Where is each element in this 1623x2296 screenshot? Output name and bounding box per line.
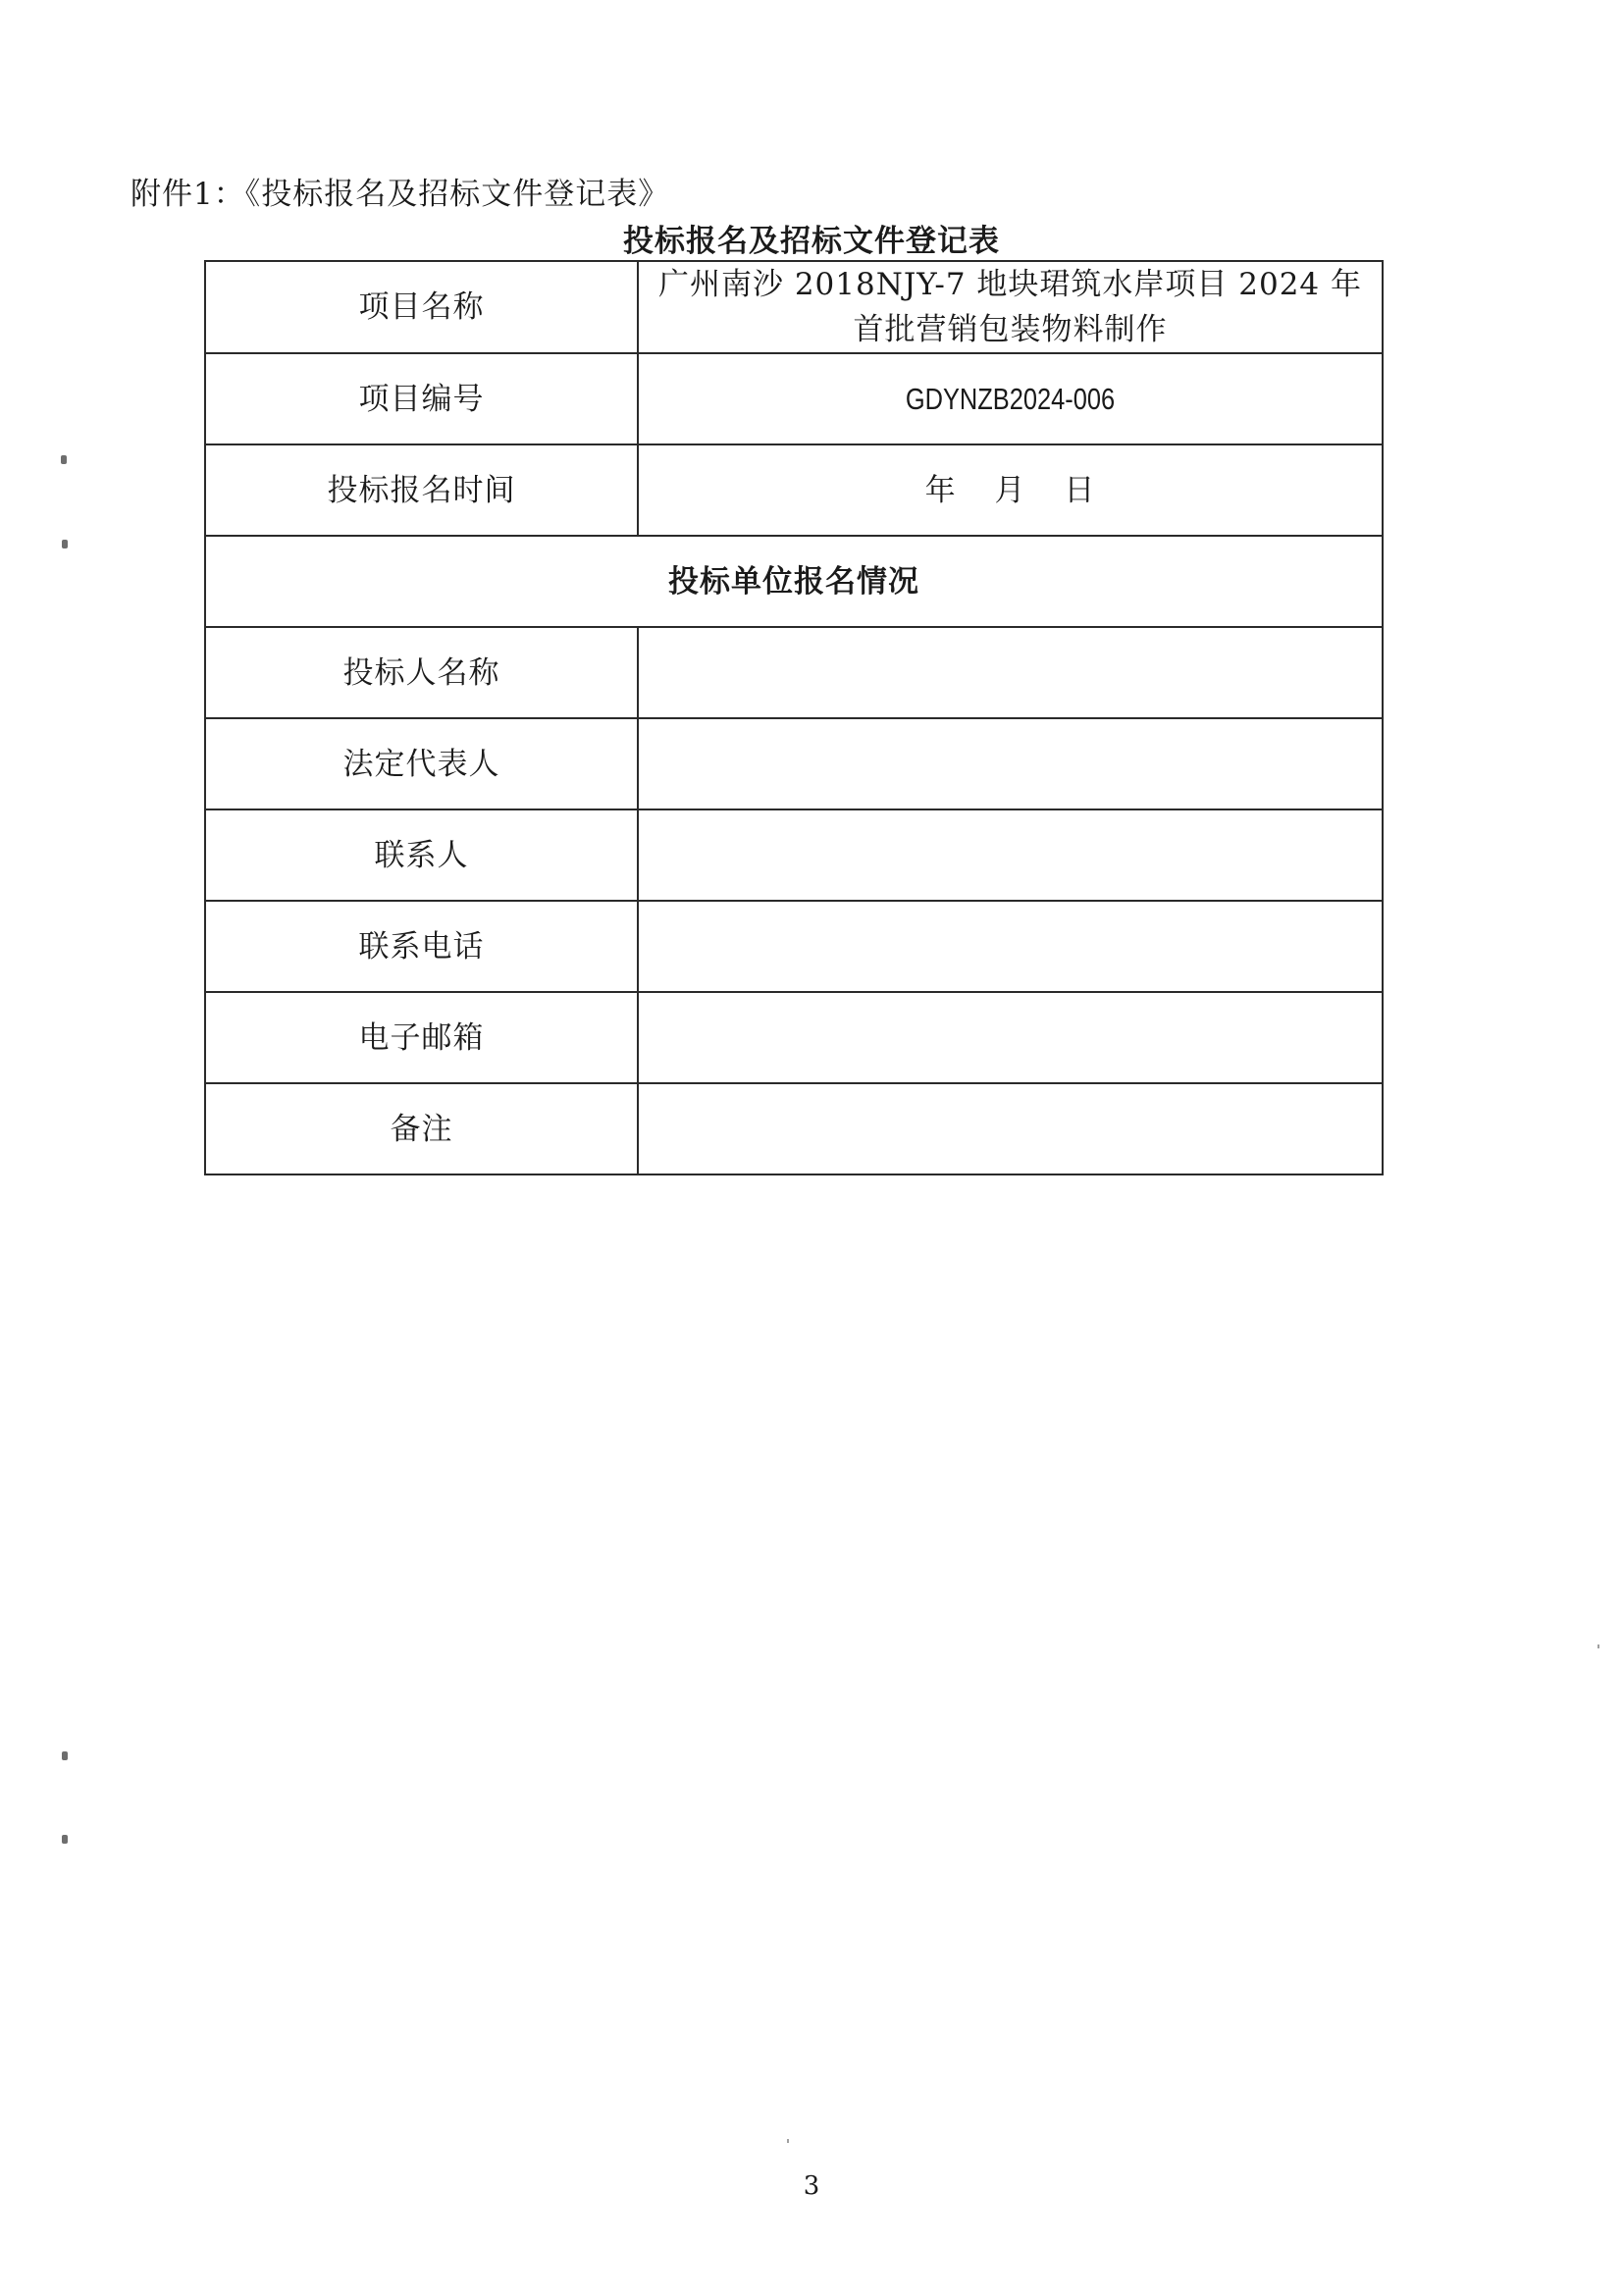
registration-table: 项目名称 广州南沙 2018NJY-7 地块珺筑水岸项目 2024 年首批营销包… <box>204 260 1384 1175</box>
label-cell: 项目编号 <box>205 353 638 444</box>
scan-mark <box>62 540 68 548</box>
table-row-project-name: 项目名称 广州南沙 2018NJY-7 地块珺筑水岸项目 2024 年首批营销包… <box>205 261 1383 353</box>
legal-representative-field[interactable] <box>638 718 1383 809</box>
table-row-section-heading: 投标单位报名情况 <box>205 536 1383 627</box>
label-cell: 投标人名称 <box>205 627 638 718</box>
form-title: 投标报名及招标文件登记表 <box>0 222 1623 261</box>
scan-mark <box>62 1835 68 1844</box>
label-cell: 备注 <box>205 1083 638 1174</box>
scan-speck <box>787 2139 789 2143</box>
registration-date-field[interactable]: 年 月 日 <box>638 444 1383 536</box>
remarks-field[interactable] <box>638 1083 1383 1174</box>
label-cell: 联系电话 <box>205 901 638 992</box>
table-row-registration-time: 投标报名时间 年 月 日 <box>205 444 1383 536</box>
label-cell: 联系人 <box>205 809 638 901</box>
scan-mark <box>62 1751 68 1760</box>
label-cell: 投标报名时间 <box>205 444 638 536</box>
project-number-value: GDYNZB2024-006 <box>705 353 1315 444</box>
attachment-header: 附件1：《投标报名及招标文件登记表》 <box>131 175 669 214</box>
table-row-contact-phone: 联系电话 <box>205 901 1383 992</box>
project-name-value: 广州南沙 2018NJY-7 地块珺筑水岸项目 2024 年首批营销包装物料制作 <box>638 261 1383 353</box>
table-row-contact-person: 联系人 <box>205 809 1383 901</box>
table-row-bidder-name: 投标人名称 <box>205 627 1383 718</box>
label-cell: 法定代表人 <box>205 718 638 809</box>
table-row-project-number: 项目编号 GDYNZB2024-006 <box>205 353 1383 444</box>
section-heading: 投标单位报名情况 <box>205 536 1383 627</box>
table-row-legal-representative: 法定代表人 <box>205 718 1383 809</box>
contact-phone-field[interactable] <box>638 901 1383 992</box>
scan-mark <box>61 455 67 464</box>
scan-speck <box>1597 1644 1599 1648</box>
email-field[interactable] <box>638 992 1383 1083</box>
form-title-text: 投标报名及招标文件登记表 <box>623 222 1000 261</box>
table-row-email: 电子邮箱 <box>205 992 1383 1083</box>
contact-person-field[interactable] <box>638 809 1383 901</box>
label-cell: 项目名称 <box>205 261 638 353</box>
page-number: 3 <box>0 2170 1623 2202</box>
bidder-name-field[interactable] <box>638 627 1383 718</box>
table-row-remarks: 备注 <box>205 1083 1383 1174</box>
label-cell: 电子邮箱 <box>205 992 638 1083</box>
